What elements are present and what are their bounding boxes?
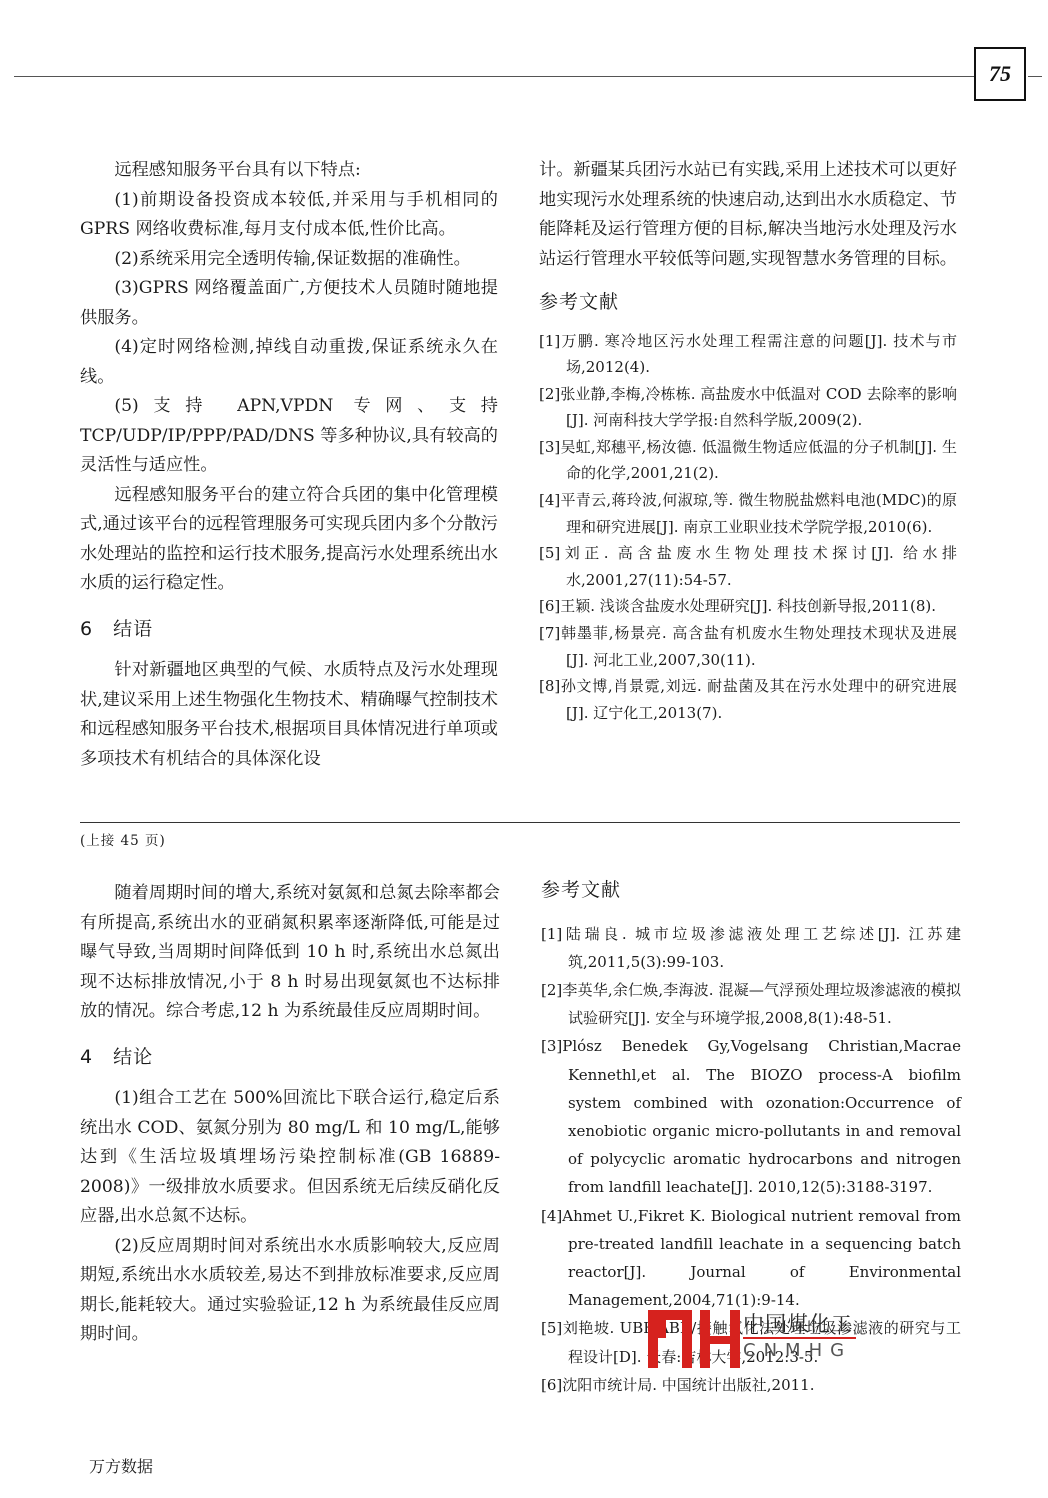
reference-item: [1]陆瑞良. 城市垃圾渗滤液处理工艺综述[J]. 江苏建筑,2011,5(3)… <box>541 920 961 976</box>
section-heading: 6 结语 <box>80 615 498 645</box>
reference-item: [8]孙文博,肖景霓,刘远. 耐盐菌及其在污水处理中的研究进展[J]. 辽宁化工… <box>539 673 957 726</box>
lower-left-column: 随着周期时间的增大,系统对氨氮和总氮去除率都会有所提高,系统出水的亚硝氮积累率逐… <box>80 879 500 1350</box>
paragraph: (1)组合工艺在 500%回流比下联合运行,稳定后系统出水 COD、氨氮分别为 … <box>80 1084 500 1232</box>
reference-item: [7]韩墨菲,杨景亮. 高含盐有机废水生物处理技术现状及进展[J]. 河北工业,… <box>539 620 957 673</box>
section-divider <box>80 822 960 823</box>
upper-right-column: 计。新疆某兵团污水站已有实践,采用上述技术可以更好地实现污水处理系统的快速启动,… <box>539 156 957 726</box>
header-rule <box>14 76 974 77</box>
page-number: 75 <box>974 47 1026 101</box>
reference-item: [1]万鹏. 寒冷地区污水处理工程需注意的问题[J]. 技术与市场,2012(4… <box>539 328 957 381</box>
reference-item: [6]王颖. 浅谈含盐废水处理研究[J]. 科技创新导报,2011(8). <box>539 593 957 620</box>
source-footer: 万方数据 <box>89 1454 153 1477</box>
section-heading: 4 结论 <box>80 1043 500 1073</box>
reference-item: [4]平青云,蒋玲波,何淑琼,等. 微生物脱盐燃料电池(MDC)的原理和研究进展… <box>539 487 957 540</box>
reference-item: [3]Plósz Benedek Gy,Vogelsang Christian,… <box>541 1032 961 1201</box>
paragraph: (4)定时网络检测,掉线自动重拨,保证系统永久在线。 <box>80 333 498 392</box>
reference-item: [2]李英华,余仁焕,李海波. 混凝—气浮预处理垃圾渗滤液的模拟试验研究[J].… <box>541 976 961 1032</box>
paragraph: (3)GPRS 网络覆盖面广,方便技术人员随时随地提供服务。 <box>80 274 498 333</box>
paragraph: (2)反应周期时间对系统出水水质影响较大,反应周期短,系统出水水质较差,易达不到… <box>80 1232 500 1350</box>
upper-left-column: 远程感知服务平台具有以下特点: (1)前期设备投资成本较低,并采用与手机相同的 … <box>80 156 498 774</box>
reference-item: [3]吴虹,郑穗平,杨汝德. 低温微生物适应低温的分子机制[J]. 生命的化学,… <box>539 434 957 487</box>
watermark-underline <box>743 1337 856 1339</box>
paragraph: 针对新疆地区典型的气候、水质特点及污水处理现状,建议采用上述生物强化生物技术、精… <box>80 656 498 774</box>
paragraph: 远程感知服务平台的建立符合兵团的集中化管理模式,通过该平台的远程管理服务可实现兵… <box>80 481 498 599</box>
watermark: 中国煤化工 CNMHG <box>648 1310 858 1368</box>
cnmhg-logo-icon <box>648 1310 740 1368</box>
paragraph: 远程感知服务平台具有以下特点: <box>80 156 498 186</box>
paragraph: (2)系统采用完全透明传输,保证数据的准确性。 <box>80 245 498 275</box>
reference-item: [5]刘正. 高含盐废水生物处理技术探讨[J]. 给水排水,2001,27(11… <box>539 540 957 593</box>
reference-item: [4]Ahmet U.,Fikret K. Biological nutrien… <box>541 1202 961 1315</box>
paragraph: (1)前期设备投资成本较低,并采用与手机相同的 GPRS 网络收费标准,每月支付… <box>80 186 498 245</box>
continued-from-note: (上接 45 页) <box>80 829 166 849</box>
reference-item: [2]张业静,李梅,冷栋栋. 高盐废水中低温对 COD 去除率的影响[J]. 河… <box>539 381 957 434</box>
watermark-english-text: CNMHG <box>743 1340 852 1361</box>
reference-item: [6]沈阳市统计局. 中国统计出版社,2011. <box>541 1371 961 1399</box>
paragraph: 随着周期时间的增大,系统对氨氮和总氮去除率都会有所提高,系统出水的亚硝氮积累率逐… <box>80 879 500 1027</box>
references-heading: 参考文献 <box>541 876 961 906</box>
references-heading: 参考文献 <box>539 288 957 318</box>
paragraph: 计。新疆某兵团污水站已有实践,采用上述技术可以更好地实现污水处理系统的快速启动,… <box>539 156 957 274</box>
watermark-chinese-text: 中国煤化工 <box>743 1308 853 1338</box>
header-rule-tail <box>1028 76 1042 77</box>
paragraph: (5)支持 APN,VPDN 专网、支持 TCP/UDP/IP/PPP/PAD/… <box>80 392 498 481</box>
reference-list: [1]万鹏. 寒冷地区污水处理工程需注意的问题[J]. 技术与市场,2012(4… <box>539 328 957 727</box>
